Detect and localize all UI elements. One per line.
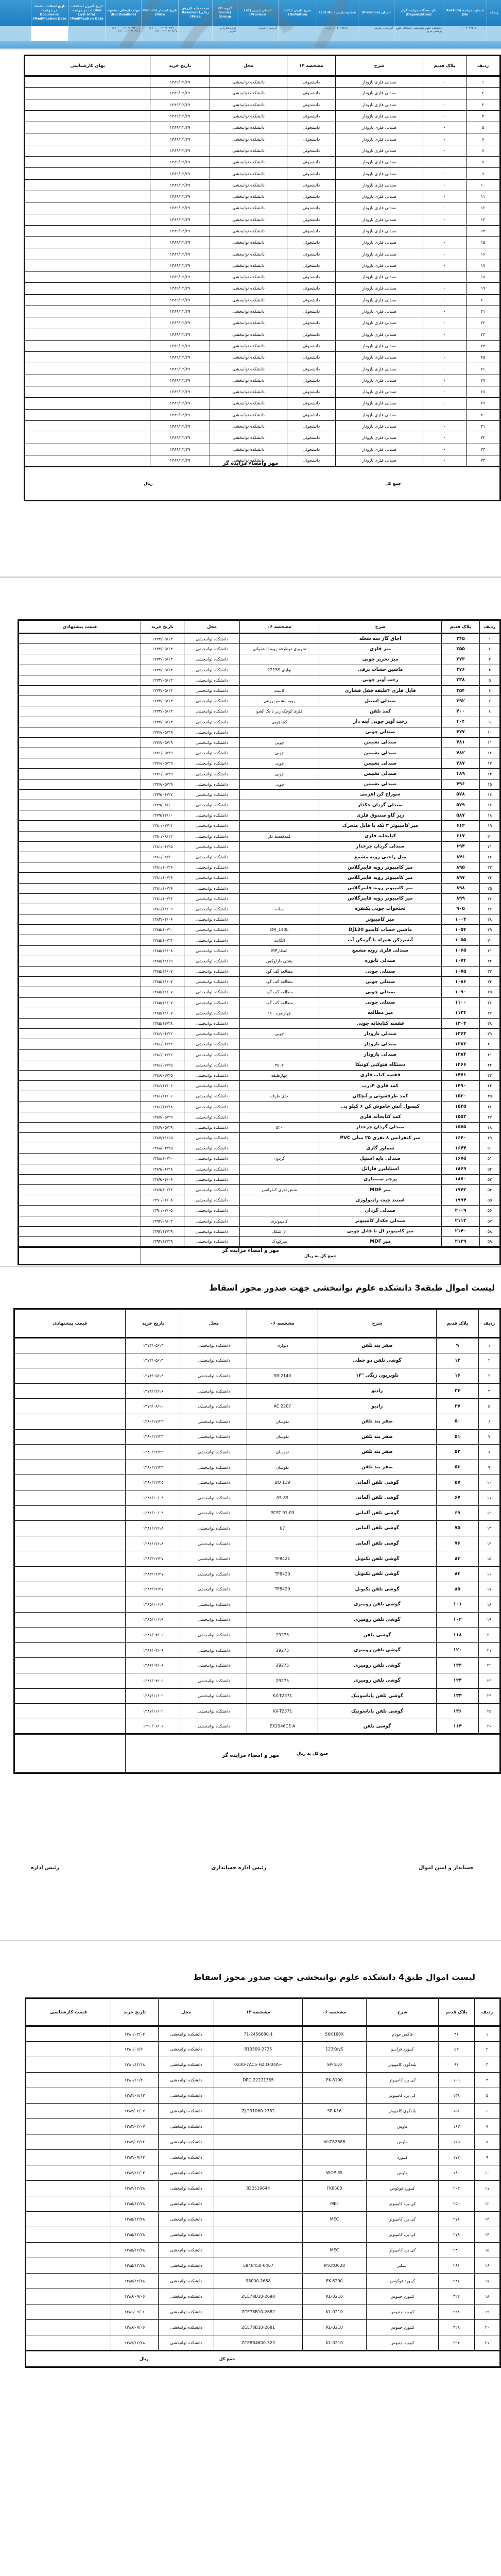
table-cell: ۱ (480, 634, 500, 644)
table-cell: میز کامپیوتر رویه فایبرگلاس (319, 862, 442, 873)
table-cell: ۰ (423, 272, 467, 283)
table-row: ۲۳۱۲۴گوشی تلفن رومیزی29275دانشکده توانبخ… (14, 1673, 500, 1689)
table-cell: دانشکده توانبخشی (210, 340, 287, 351)
table-cell: دانشکده توانبخشی (184, 758, 240, 769)
table-cell: ۵۷۸ (442, 789, 480, 800)
table-cell: TF8421 (247, 1551, 318, 1567)
table-row: ۲۵۰صندلی فلزی بازوداردانشجوئیدانشکده توا… (25, 352, 500, 363)
table-cell: میز کامپیوتر رویه فایبرگلاس (319, 883, 442, 893)
table-cell: ۱۳۷۴/۰۵/۱۴ (141, 685, 184, 696)
table-cell (25, 409, 150, 420)
table-cell: سماور گازی (319, 1143, 442, 1154)
table-cell: دانشکده توانبخشی (184, 1070, 240, 1080)
table-cell: دانشکده توانبخشی (210, 145, 287, 156)
table-row: ۱۱۲۰۳کیبورد فوکوسFK8500832519644دانشکده … (26, 2181, 500, 2196)
table-cell: دانشکده توانبخشی (181, 1429, 247, 1445)
table-cell (26, 2042, 111, 2057)
table-cell: پشتی دارلوکس (240, 956, 319, 966)
table-cell: ۱۳۷۶/۰۵/۲۹ (141, 769, 184, 779)
table-cell: کمدچوبی (240, 717, 319, 727)
table-cell: ۱۳۸۵/۱۱/۰۷ (141, 977, 184, 987)
table-cell: ۱۰۰۴ (442, 914, 480, 925)
table-row: ۵۲۱۸۶۹استابلیزر فاراتلدانشکده توانبخشی۱۳… (19, 1164, 500, 1174)
table-cell: 123KeyS (303, 2042, 367, 2057)
column-header: پلاک قدیم (437, 1309, 479, 1338)
table-cell: ۱۹۹۴ (442, 1195, 480, 1206)
table-cell: ۲۵۰ (439, 2196, 475, 2212)
table-cell: دانشکده توانبخشی (184, 967, 240, 977)
table-cell: زیر گاو صندوق فلزی (319, 810, 442, 821)
table-cell: ۱۱ (475, 2181, 500, 2196)
table-cell: FK8500 (303, 2181, 367, 2196)
table-cell: دانشکده توانبخشی (159, 2258, 214, 2274)
table-cell: صندلی گردان جکدار (319, 800, 442, 810)
table-cell: 29275 (247, 1673, 318, 1689)
table-cell: ۸۹۵ (442, 862, 480, 873)
table-cell (19, 1081, 141, 1091)
table-cell: SP-K16 (303, 2104, 367, 2119)
table-cell: ۱۳۸۵/۱۱/۰۷ (141, 967, 184, 977)
table-cell: ۱۶ (467, 248, 500, 260)
table-cell: EX2946CE-A (247, 1719, 318, 1734)
table-cell: صندلی پایه استیل (319, 1154, 442, 1164)
table-cell: کمد تلفن (319, 706, 442, 717)
table-cell: چوبی (240, 779, 319, 789)
table-cell (240, 862, 319, 873)
table-cell: دانشکده توانبخشی (184, 727, 240, 737)
table-cell: رادیو (318, 1383, 437, 1399)
table-cell: ۴۳ (480, 1070, 500, 1080)
table-cell: دانشکده توانبخشی (210, 306, 287, 317)
table-cell: 71-2456680-1 (214, 2026, 303, 2042)
table-cell: ۰ (423, 202, 467, 214)
table-cell (19, 1101, 141, 1112)
table-cell: تحریری دوطرفه رویه استخوانی (240, 644, 319, 654)
table-row: ۳۸۱بلندگوی کامپیوترSP-G10~0230-7AC5-HZ,O… (26, 2057, 500, 2073)
table-cell: ۱۳۸۵/۱۲/۲۸ (111, 2274, 159, 2289)
table-cell: صندلی چوبی (319, 987, 442, 997)
table-cell (26, 2088, 111, 2104)
table-cell: صندلی چوبی (319, 727, 442, 737)
table-cell (303, 2150, 367, 2165)
table-cell: ماوس (367, 2119, 439, 2134)
table-cell: کیبورد (367, 2150, 439, 2165)
table-cell: دانشکده توانبخشی (181, 1658, 247, 1673)
table-cell (14, 1658, 126, 1673)
column-header: محل (210, 56, 287, 76)
section-title-floor-3: لیست اموال طبقه3 دانشکده علوم توانبخشی ج… (0, 1283, 501, 1293)
table-cell: دانشکده توانبخشی (184, 675, 240, 685)
table-cell (14, 1521, 126, 1536)
table-row: ۷۱۶۳ماوسدانشکده توانبخشی۱۳۸۴/۰۲/۰۷ (26, 2119, 500, 2134)
table-cell: ۱۳۸۷/۱۱/۰۲ (126, 1704, 181, 1719)
table-cell: گوشی تلفن تکنوتل (318, 1566, 437, 1582)
table-row: ۲۲۱۲۲گوشی تلفن رومیزی29275دانشکده توانبخ… (14, 1658, 500, 1673)
table-cell: ۱۳۸۹/۱۲/۲۹ (150, 398, 210, 409)
table-cell: ۲ (480, 644, 500, 654)
table-cell: ZCE8B4600-323 (214, 2335, 303, 2351)
table-cell: ۰ (423, 157, 467, 168)
table-cell: ۱۳۶ (437, 1704, 479, 1719)
table-row: ۵۳۱۸۷۰پرچم سمیناریدانشکده توانبخشی۱۳۸۹/۰… (19, 1174, 500, 1184)
table-row: ۹۰صندلی فلزی بازوداردانشجوئیدانشکده توان… (25, 168, 500, 179)
table-cell: ۲۹ (480, 925, 500, 935)
table-row: ۴۹۱۶۴۰میز کنفرانس ۸ نفری ۲۵ میلی PVCدانش… (19, 1133, 500, 1143)
table-cell: گوشی تلفن آلمانی (318, 1490, 437, 1505)
table-cell: ۱۳۸۱/۱۲/۱۸ (126, 1536, 181, 1551)
table-cell: ۶۷ (437, 1490, 479, 1505)
table-cell (25, 110, 150, 122)
table-cell: ۵ (480, 675, 500, 685)
table-cell: ۰ (423, 294, 467, 306)
table-cell: ۱۳۸۴/۰۳/۱۲ (111, 2134, 159, 2150)
table-cell (14, 1566, 126, 1582)
table-cell (26, 2243, 111, 2258)
table-cell: ۱۳ (475, 2212, 500, 2227)
table-row: ۱۱۴۸۱صندلی نشیمنچوبیدانشکده توانبخشی۱۳۷۶… (19, 737, 500, 748)
table-cell: ۱۳۸۹/۱۲/۲۹ (150, 248, 210, 260)
table-cell: ۱۳۸۹/۱۲/۲۹ (150, 157, 210, 168)
table-cell: ۲۵ (467, 352, 500, 363)
table-row: ۵۱۱۶۷۵صندلی پایه استیلگردوندانشکده توانب… (19, 1154, 500, 1164)
table-cell: دانشکده توانبخشی (184, 1133, 240, 1143)
table-row: ۱۷۵۷۹صندلی گردان جکداردانشکده توانبخشی۱۳… (19, 800, 500, 810)
table-cell: دانشکده توانبخشی (181, 1353, 247, 1368)
column-header: پلاک قدیم (423, 56, 467, 76)
table-cell: ۱۰۲ (437, 1612, 479, 1628)
table-cell (25, 76, 150, 88)
table-cell: کی برد کامپیوتر (367, 2196, 439, 2212)
table-cell (240, 1112, 319, 1122)
table-row: ۲۵۸۹۸میز کامپیوتر رویه فایبرگلاسدانشکده … (19, 883, 500, 893)
table-cell: دانشکده توانبخشی (159, 2212, 214, 2227)
table-cell: ۰ (423, 122, 467, 133)
table-cell: ماشین حساب کاسیو Dj120 (319, 925, 442, 935)
table-cell: ۸ (479, 1445, 500, 1460)
table-cell (19, 1091, 141, 1101)
table-cell: ۳۲۹ (439, 2320, 475, 2335)
table-cell: ۱۳ (480, 758, 500, 769)
table-cell: دانشجوئی (287, 294, 336, 306)
table-cell (25, 432, 150, 444)
table-cell (19, 893, 141, 904)
table-cell: ۹۰۵ (442, 904, 480, 914)
table-cell (19, 956, 141, 966)
table-cell: مبل راحتی رویه مشمع (319, 852, 442, 862)
page-2: ردیفپلاک قدیمشرحمشخصه ۰۶محلتاریخ خریدقیم… (0, 578, 501, 1266)
table-cell: ۱۳۷۶/۰۵/۲۹ (141, 727, 184, 737)
table-cell: دانشجوئی (287, 340, 336, 351)
table-cell: ۱۳۸۰/۱۲/۲۳ (126, 1460, 181, 1475)
table-cell: فاکس مودم (367, 2026, 439, 2042)
table-cell: دانشجوئی (287, 283, 336, 294)
table-cell (19, 987, 141, 997)
table-cell: صندلی فلزی بازودار (336, 283, 423, 294)
banner-header-cell: تاریخ اصلاحات اسناد در مزایده (Document … (31, 0, 68, 26)
table-cell: ۱۰۹ (439, 2073, 475, 2088)
table-row: ۱۲۰صندلی فلزی بازوداردانشجوئیدانشکده توا… (25, 202, 500, 214)
table-cell (214, 2227, 303, 2243)
table-cell: میز مطالعه (319, 1008, 442, 1018)
table-cell: دانشجوئی (287, 386, 336, 398)
table-cell: ۴ (475, 2073, 500, 2088)
table-row: ۱۴۱فاکس مودم56K168X71-2456680-1دانشکده ت… (26, 2026, 500, 2042)
table-cell: دانشکده توانبخشی (210, 76, 287, 88)
banner-header-cell: شرح پارتی ( Lot Definition) (278, 0, 317, 26)
table-row: ۶۳۵۴فایل فلزی ۴طبقه قفل فشاریکابینتدانشک… (19, 685, 500, 696)
table-cell (26, 2335, 111, 2351)
table-cell: ۱۳۹۲/۰۹/۰۳ (141, 1216, 184, 1226)
table-cell: چهارطبقه (240, 1070, 319, 1080)
table-cell: ۶۹۴ (442, 841, 480, 852)
table-cell: میز MDF (319, 1184, 442, 1195)
table-cell: ۱۲ (437, 1353, 479, 1368)
table-row: ۲۸۰صندلی فلزی بازوداردانشجوئیدانشکده توا… (25, 386, 500, 398)
table-cell: ساده (240, 904, 319, 914)
table-row: ۹۴۰۴رخت آویز چوبی آینه دارکمدچوبیدانشکده… (19, 717, 500, 727)
table-row: ۱۳۰صندلی فلزی بازوداردانشجوئیدانشکده توا… (25, 214, 500, 225)
table-cell: ۱۳۷۶/۰۵/۲۹ (141, 748, 184, 758)
table-cell: صندلی فلزی بازودار (336, 294, 423, 306)
table-row: ۲۵۳کیبورد فراسو123KeyS810500-2735دانشکده… (26, 2042, 500, 2057)
table-cell: صندلی فلزی بازودار (336, 420, 423, 432)
table-cell: ۲۱۴۹ (442, 1236, 480, 1247)
table-row: ۱۲۲۵۰کی برد کامپیوترMEcدانشکده توانبخشی۱… (26, 2196, 500, 2212)
table-cell (214, 2119, 303, 2134)
table-cell: ۱ (467, 76, 500, 88)
table-cell: DPO 22221355 (214, 2073, 303, 2088)
table-cell: ۲۸ (480, 914, 500, 925)
table-cell (19, 717, 141, 727)
banner-auction-no[interactable]: ۱۰۰۲۰۹۲۵۱۸۰۰۰۰۰۱ (443, 26, 487, 41)
table-cell: ۱۳ (479, 1521, 500, 1536)
table-cell: دانشکده توانبخشی (159, 2134, 214, 2150)
table-cell (19, 1008, 141, 1018)
banner-reserve-price (178, 26, 212, 41)
table-cell: دانشکده توانبخشی (181, 1612, 247, 1628)
table-row: ۳۳۱۰۷۵صندلی چوبیمطالعه گف گوددانشکده توا… (19, 967, 500, 977)
banner-lot-no: ۱۰۰۲۰۹۲۵۱۸۰۰۰۰۰۱ پارتی (317, 26, 358, 41)
table-cell (19, 758, 141, 769)
table-cell: صندلی فلزی بازودار (336, 352, 423, 363)
table-row: ۴۰۱۳۸۳صندلی بازوداردانشکده توانبخشی۱۳۸۶/… (19, 1039, 500, 1049)
table-cell: دانشکده توانبخشی (210, 375, 287, 386)
table-cell: ۱۳۸۹/۱۲/۲۹ (150, 260, 210, 271)
table-cell: کیبورد فراسو (367, 2042, 439, 2057)
table-row: ۳۲۷۳میز تحریر چوبیدانشکده توانبخشی۱۳۷۴/۰… (19, 654, 500, 665)
table-cell: ۱۶ (437, 1368, 479, 1384)
table-cell: ۵۴ (480, 1184, 500, 1195)
table-cell: ۱۴ (479, 1536, 500, 1551)
table-cell: گوشی تلفن رومیزی (318, 1658, 437, 1673)
table-cell: دانشکده توانبخشی (184, 997, 240, 1008)
table-cell (25, 317, 150, 329)
table-cell: ۱۴ (467, 225, 500, 236)
table-cell: دانشکده توانبخشی (181, 1475, 247, 1490)
table-cell: ۲۷ (480, 904, 500, 914)
table-cell: KL-0210 (303, 2335, 367, 2351)
column-header: تاریخ خرید (126, 1309, 181, 1338)
table-row: ۱۷۸۵گوشی تلفن تکنوتلTF8420دانشکده توانبخ… (14, 1582, 500, 1597)
table-cell: دانشکده توانبخشی (184, 1018, 240, 1028)
table-cell: مطالعه گف گود (240, 997, 319, 1008)
table-cell: ۳۱ (467, 420, 500, 432)
table-cell: ۸ (480, 706, 500, 717)
table-cell (25, 363, 150, 375)
table-cell: ۰ (423, 133, 467, 145)
table-cell (25, 225, 150, 236)
table-cell (14, 1642, 126, 1658)
table-cell: ۵ (479, 1399, 500, 1414)
table-cell: ۱۹ (480, 821, 500, 831)
table-row: ۴۷۱۵۵۲کمد کتابخانه فلزیدانشکده توانبخشی۱… (19, 1112, 500, 1122)
page-3: لیست اموال طبقه3 دانشکده علوم توانبخشی ج… (0, 1267, 501, 1940)
table-cell: صندلی چوبی (319, 997, 442, 1008)
column-header: ردیف (479, 1309, 500, 1338)
table-row: ۵۳۳۸رخت آویز چوبیدانشکده توانبخشی۱۳۷۴/۰۵… (19, 675, 500, 685)
table-cell: دانشکده توانبخشی (210, 420, 287, 432)
table-cell: ۱۳۸۹/۱۲/۲۹ (150, 317, 210, 329)
table-cell: ۱۳۸۶/۰۹/۰۶ (111, 2289, 159, 2304)
table-cell (14, 1490, 126, 1505)
table-cell: دانشجوئی (287, 214, 336, 225)
table-cell: دانشکده توانبخشی (181, 1566, 247, 1582)
table-cell: دانشکده توانبخشی (210, 168, 287, 179)
table-cell: ۱۰ (479, 1475, 500, 1490)
table-cell: اجاق گاز سه شعله (319, 634, 442, 644)
table-cell: دانشکده توانبخشی (210, 248, 287, 260)
table-cell: دانشکده توانبخشی (184, 737, 240, 748)
table-cell: ۰ (423, 168, 467, 179)
table-cell (240, 789, 319, 800)
table-cell (25, 420, 150, 432)
table-row: ۱۸۳۲۴کیبورد جنیوسKL-0210ZCE78B10-2690دان… (26, 2289, 500, 2304)
table-cell (19, 852, 141, 862)
table-cell: دانشکده توانبخشی (184, 1060, 240, 1070)
table-cell (26, 2274, 111, 2289)
table-cell: ۱۳۷۴/۰۵/۱۴ (141, 634, 184, 644)
table-row: ۱۴۰صندلی فلزی بازوداردانشجوئیدانشکده توا… (25, 225, 500, 236)
table-cell: ۱۳۸۹/۱۲/۲۹ (150, 444, 210, 455)
table-cell (26, 2119, 111, 2134)
table-cell (240, 841, 319, 852)
table-cell: ۱۳۸۹/۱۲/۲۹ (150, 352, 210, 363)
table-cell: دانشکده توانبخشی (181, 1505, 247, 1521)
table-cell: چوبی (240, 769, 319, 779)
table-cell: ۱۳۸۹/۱۲/۲۹ (150, 306, 210, 317)
table-cell: ۹ (437, 1338, 479, 1353)
inventory-table-3: ردیفپلاک قدیمشرحمشخصه ۰۶محلتاریخ خریدقیم… (13, 1308, 501, 1774)
table-cell: 98000-2658 (214, 2274, 303, 2289)
table-cell (26, 2258, 111, 2274)
table-cell: ۰ (423, 248, 467, 260)
table-cell: دانشکده توانبخشی (184, 935, 240, 945)
table-cell (240, 1049, 319, 1060)
table-cell: ۱۳۸۱/۱۰/۲۶ (141, 893, 184, 904)
table-cell: دانشکده توانبخشی (159, 2304, 214, 2320)
table-cell: ۱۳۸۰/۰۸/۱۲ (141, 831, 184, 841)
table-cell: ۵۰ (437, 1414, 479, 1429)
table-cell: کمدقفسه دار (240, 831, 319, 841)
table-row: ۵۸۲۱۴۰میز کامپیوتر ال با فایل چوبیال شکل… (19, 1226, 500, 1236)
table-cell: صندلی فلزی بازودار (336, 88, 423, 99)
table-cell: ۱۰۹۰ (442, 987, 480, 997)
table-cell: دانشکده توانبخشی (159, 2119, 214, 2134)
table-cell: ۲۱۱۲ (442, 1216, 480, 1226)
table-cell: دانشکده توانبخشی (184, 1112, 240, 1122)
table-cell: ۲ (479, 1353, 500, 1368)
table-row: ۲۴۸۹۷میز کامپیوتر رویه فایبرگلاسدانشکده … (19, 873, 500, 883)
table-cell: ۲۳ (480, 862, 500, 873)
table-cell: دانشکده توانبخشی (184, 696, 240, 706)
table-cell: دانشکده توانبخشی (184, 769, 240, 779)
table-cell: ۴۰۰ (442, 706, 480, 717)
table-cell: صندلی فلزی بازودار (336, 317, 423, 329)
table-row: ۱۵۰صندلی فلزی بازوداردانشجوئیدانشکده توا… (25, 237, 500, 248)
table-cell: دانشجوئی (287, 260, 336, 271)
table-cell: ZJ 291060-2782 (214, 2104, 303, 2119)
banner-doc-mod (31, 26, 68, 41)
table-cell: ۳۴ (480, 977, 500, 987)
table-cell: ۱۳۸۹/۱۲/۲۹ (150, 225, 210, 236)
table-cell: ۰ (423, 214, 467, 225)
table-cell: دیواری (247, 1338, 318, 1353)
table-row: ۱۲۴۵اجاق گاز سه شعلهدانشکده توانبخشی۱۳۷۴… (19, 634, 500, 644)
table-cell: کامپیوتری (240, 1216, 319, 1226)
table-cell: ۰ (423, 191, 467, 202)
table-cell: دانشکده توانبخشی (184, 685, 240, 696)
table-cell: جای ظرف (240, 1091, 319, 1101)
table-cell: دانشکده توانبخشی (210, 122, 287, 133)
table-cell: ۱۳۸۹/۰۴/۰۶ (141, 1174, 184, 1184)
table-cell: رادیو (318, 1399, 437, 1414)
table-cell (14, 1628, 126, 1643)
table-cell: ۱۳۸۷/۰۵/۲۹ (141, 1112, 184, 1122)
table-cell: ۱۳۸۶/۰۴/۰۶ (126, 1658, 181, 1673)
table-cell: ۱۳۸۴/۰۴/۰۶ (141, 914, 184, 925)
table-cell: دانشجوئی (287, 352, 336, 363)
table-cell (240, 1195, 319, 1206)
table-cell: ۲۸۱ (439, 2258, 475, 2274)
table-cell (19, 883, 141, 893)
table-cell: ۱۳۸۰/۰۴/۰۳ (111, 2026, 159, 2042)
table-cell: ۲۳ (479, 1673, 500, 1689)
table-row: ۲۶۰صندلی فلزی بازوداردانشجوئیدانشکده توا… (25, 363, 500, 375)
table-cell: دانشجوئی (287, 272, 336, 283)
table-cell: ۱۳۸۹/۱۲/۲۹ (150, 329, 210, 340)
table-cell: ۸ (467, 157, 500, 168)
table-cell (19, 1112, 141, 1122)
banner-goods-group: لوازم اداری و تحریر (212, 26, 237, 41)
table-cell (19, 925, 141, 935)
table-cell: ۱۴ (475, 2227, 500, 2243)
table-row: ۳۹۱۳۶۳صندلی بازودارچوبیدانشکده توانبخشی۱… (19, 1029, 500, 1039)
table-row: ۲۵۱۳۶گوشی تلفن پاناسونیکKX-T2371دانشکده … (14, 1704, 500, 1719)
table-cell (19, 810, 141, 821)
table-cell: صندلی فلزی بازودار (336, 133, 423, 145)
table-cell (14, 1338, 126, 1353)
banner-header-cell: استان پارتی (Lot Province) (237, 0, 278, 26)
table-cell (25, 179, 150, 191)
table-cell: ۲۲ (479, 1658, 500, 1673)
table-cell: ۱۳۷۴/۰۵/۱۴ (141, 706, 184, 717)
inventory-table-2: ردیفپلاک قدیمشرحمشخصه ۰۶محلتاریخ خریدقیم… (18, 619, 501, 1265)
table-cell: ۳۳ (467, 444, 500, 455)
table-row: ۷۰صندلی فلزی بازوداردانشجوئیدانشکده توان… (25, 145, 500, 156)
table-cell (26, 2304, 111, 2320)
table-cell: کپسول آتش خاموش کن ۶ کیلو یی (319, 1101, 442, 1112)
table-cell (26, 2165, 111, 2181)
